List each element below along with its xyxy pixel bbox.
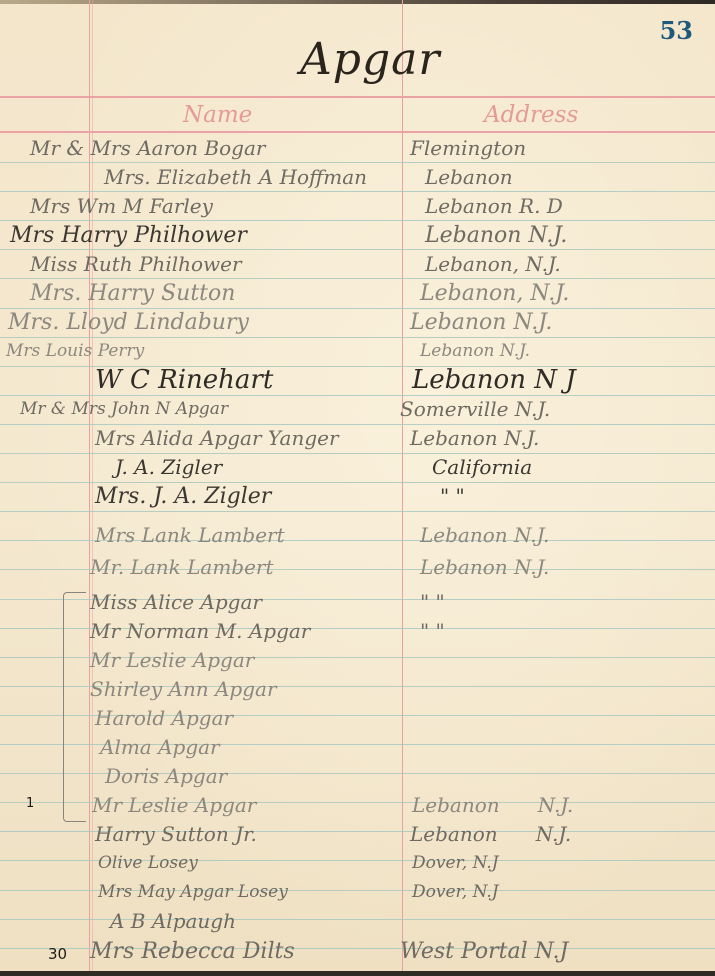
entry-name: Mr Norman M. Apgar	[90, 617, 310, 646]
entry-name: Mr & Mrs John N Apgar	[20, 395, 228, 424]
entry-address: Lebanon N J	[412, 366, 576, 395]
entry-name: Mr & Mrs Aaron Bogar	[30, 134, 265, 163]
entry-address: Lebanon N.J.	[412, 791, 573, 820]
entry-name: Mr Leslie Apgar	[92, 791, 256, 820]
entry-address: Lebanon	[425, 163, 513, 192]
entry-address: Lebanon N.J.	[420, 337, 530, 366]
entry-address: California	[432, 453, 532, 482]
entry-name: Miss Alice Apgar	[90, 588, 262, 617]
entry-name: J. A. Zigler	[115, 453, 222, 482]
entry-address: " "	[420, 617, 445, 646]
column-divider-line	[402, 0, 403, 976]
entry-name: Mrs. J. A. Zigler	[95, 482, 271, 511]
entry-address: Lebanon R. D	[425, 192, 563, 221]
entry-address: Dover, N.J	[412, 849, 499, 878]
page-top-edge	[0, 0, 715, 4]
entry-name: Mrs Alida Apgar Yanger	[95, 424, 339, 453]
family-grouping-bracket	[63, 592, 86, 822]
entry-name: Mrs. Lloyd Lindabury	[8, 308, 249, 337]
entry-name: Mr. Lank Lambert	[90, 553, 274, 582]
ruled-line	[0, 511, 715, 512]
column-header-address: Address	[484, 102, 578, 128]
entry-address: Lebanon N.J.	[420, 553, 549, 582]
entry-name: Mrs. Elizabeth A Hoffman	[104, 163, 367, 192]
entry-address: Lebanon, N.J.	[420, 279, 569, 308]
entry-address: Lebanon N.J.	[425, 221, 567, 250]
entry-name: Mr Leslie Apgar	[90, 646, 254, 675]
entry-name: A B Alpaugh	[110, 907, 236, 936]
header-rule-top	[0, 96, 715, 98]
family-heading: Apgar	[300, 34, 440, 85]
entry-name: Mrs. Harry Sutton	[30, 279, 235, 308]
ruled-line	[0, 453, 715, 454]
entry-name: W C Rinehart	[95, 366, 273, 395]
entry-address: Dover, N.J	[412, 878, 499, 907]
entry-name: Doris Apgar	[105, 762, 227, 791]
entry-name: Shirley Ann Apgar	[90, 675, 277, 704]
margin-tally-mark: 1	[26, 796, 34, 811]
page-bottom-edge	[0, 971, 715, 976]
ledger-page: 53 Apgar Name Address Mr & Mrs Aaron Bog…	[0, 0, 715, 976]
entry-address: West Portal N.J	[400, 937, 568, 966]
entry-address: Somerville N.J.	[400, 395, 550, 424]
entry-name: Olive Losey	[98, 849, 198, 878]
entry-name: Harold Apgar	[95, 704, 233, 733]
entry-name: Mrs May Apgar Losey	[98, 878, 288, 907]
entry-address: Lebanon N.J.	[410, 820, 571, 849]
entry-name: Harry Sutton Jr.	[95, 820, 257, 849]
entry-address: Flemington	[410, 134, 526, 163]
entry-name: Miss Ruth Philhower	[30, 250, 242, 279]
entry-name: Mrs Louis Perry	[6, 337, 144, 366]
entry-name: Mrs Wm M Farley	[30, 192, 213, 221]
column-header-name: Name	[183, 102, 252, 128]
ruled-line	[0, 919, 715, 920]
header-rule-bottom	[0, 131, 715, 133]
entry-address: Lebanon, N.J.	[425, 250, 561, 279]
page-number: 53	[660, 16, 693, 45]
entry-address: " "	[440, 482, 465, 511]
entry-address: Lebanon N.J.	[410, 424, 539, 453]
entry-name: Mrs Lank Lambert	[95, 521, 285, 550]
entry-name: Mrs Harry Philhower	[10, 221, 247, 250]
entry-name: Alma Apgar	[100, 733, 220, 762]
margin-counter-mark: 30	[48, 945, 67, 963]
entry-name: Mrs Rebecca Dilts	[90, 937, 295, 966]
entry-address: Lebanon N.J.	[410, 308, 552, 337]
entry-address: Lebanon N.J.	[420, 521, 549, 550]
entry-address: " "	[420, 588, 445, 617]
